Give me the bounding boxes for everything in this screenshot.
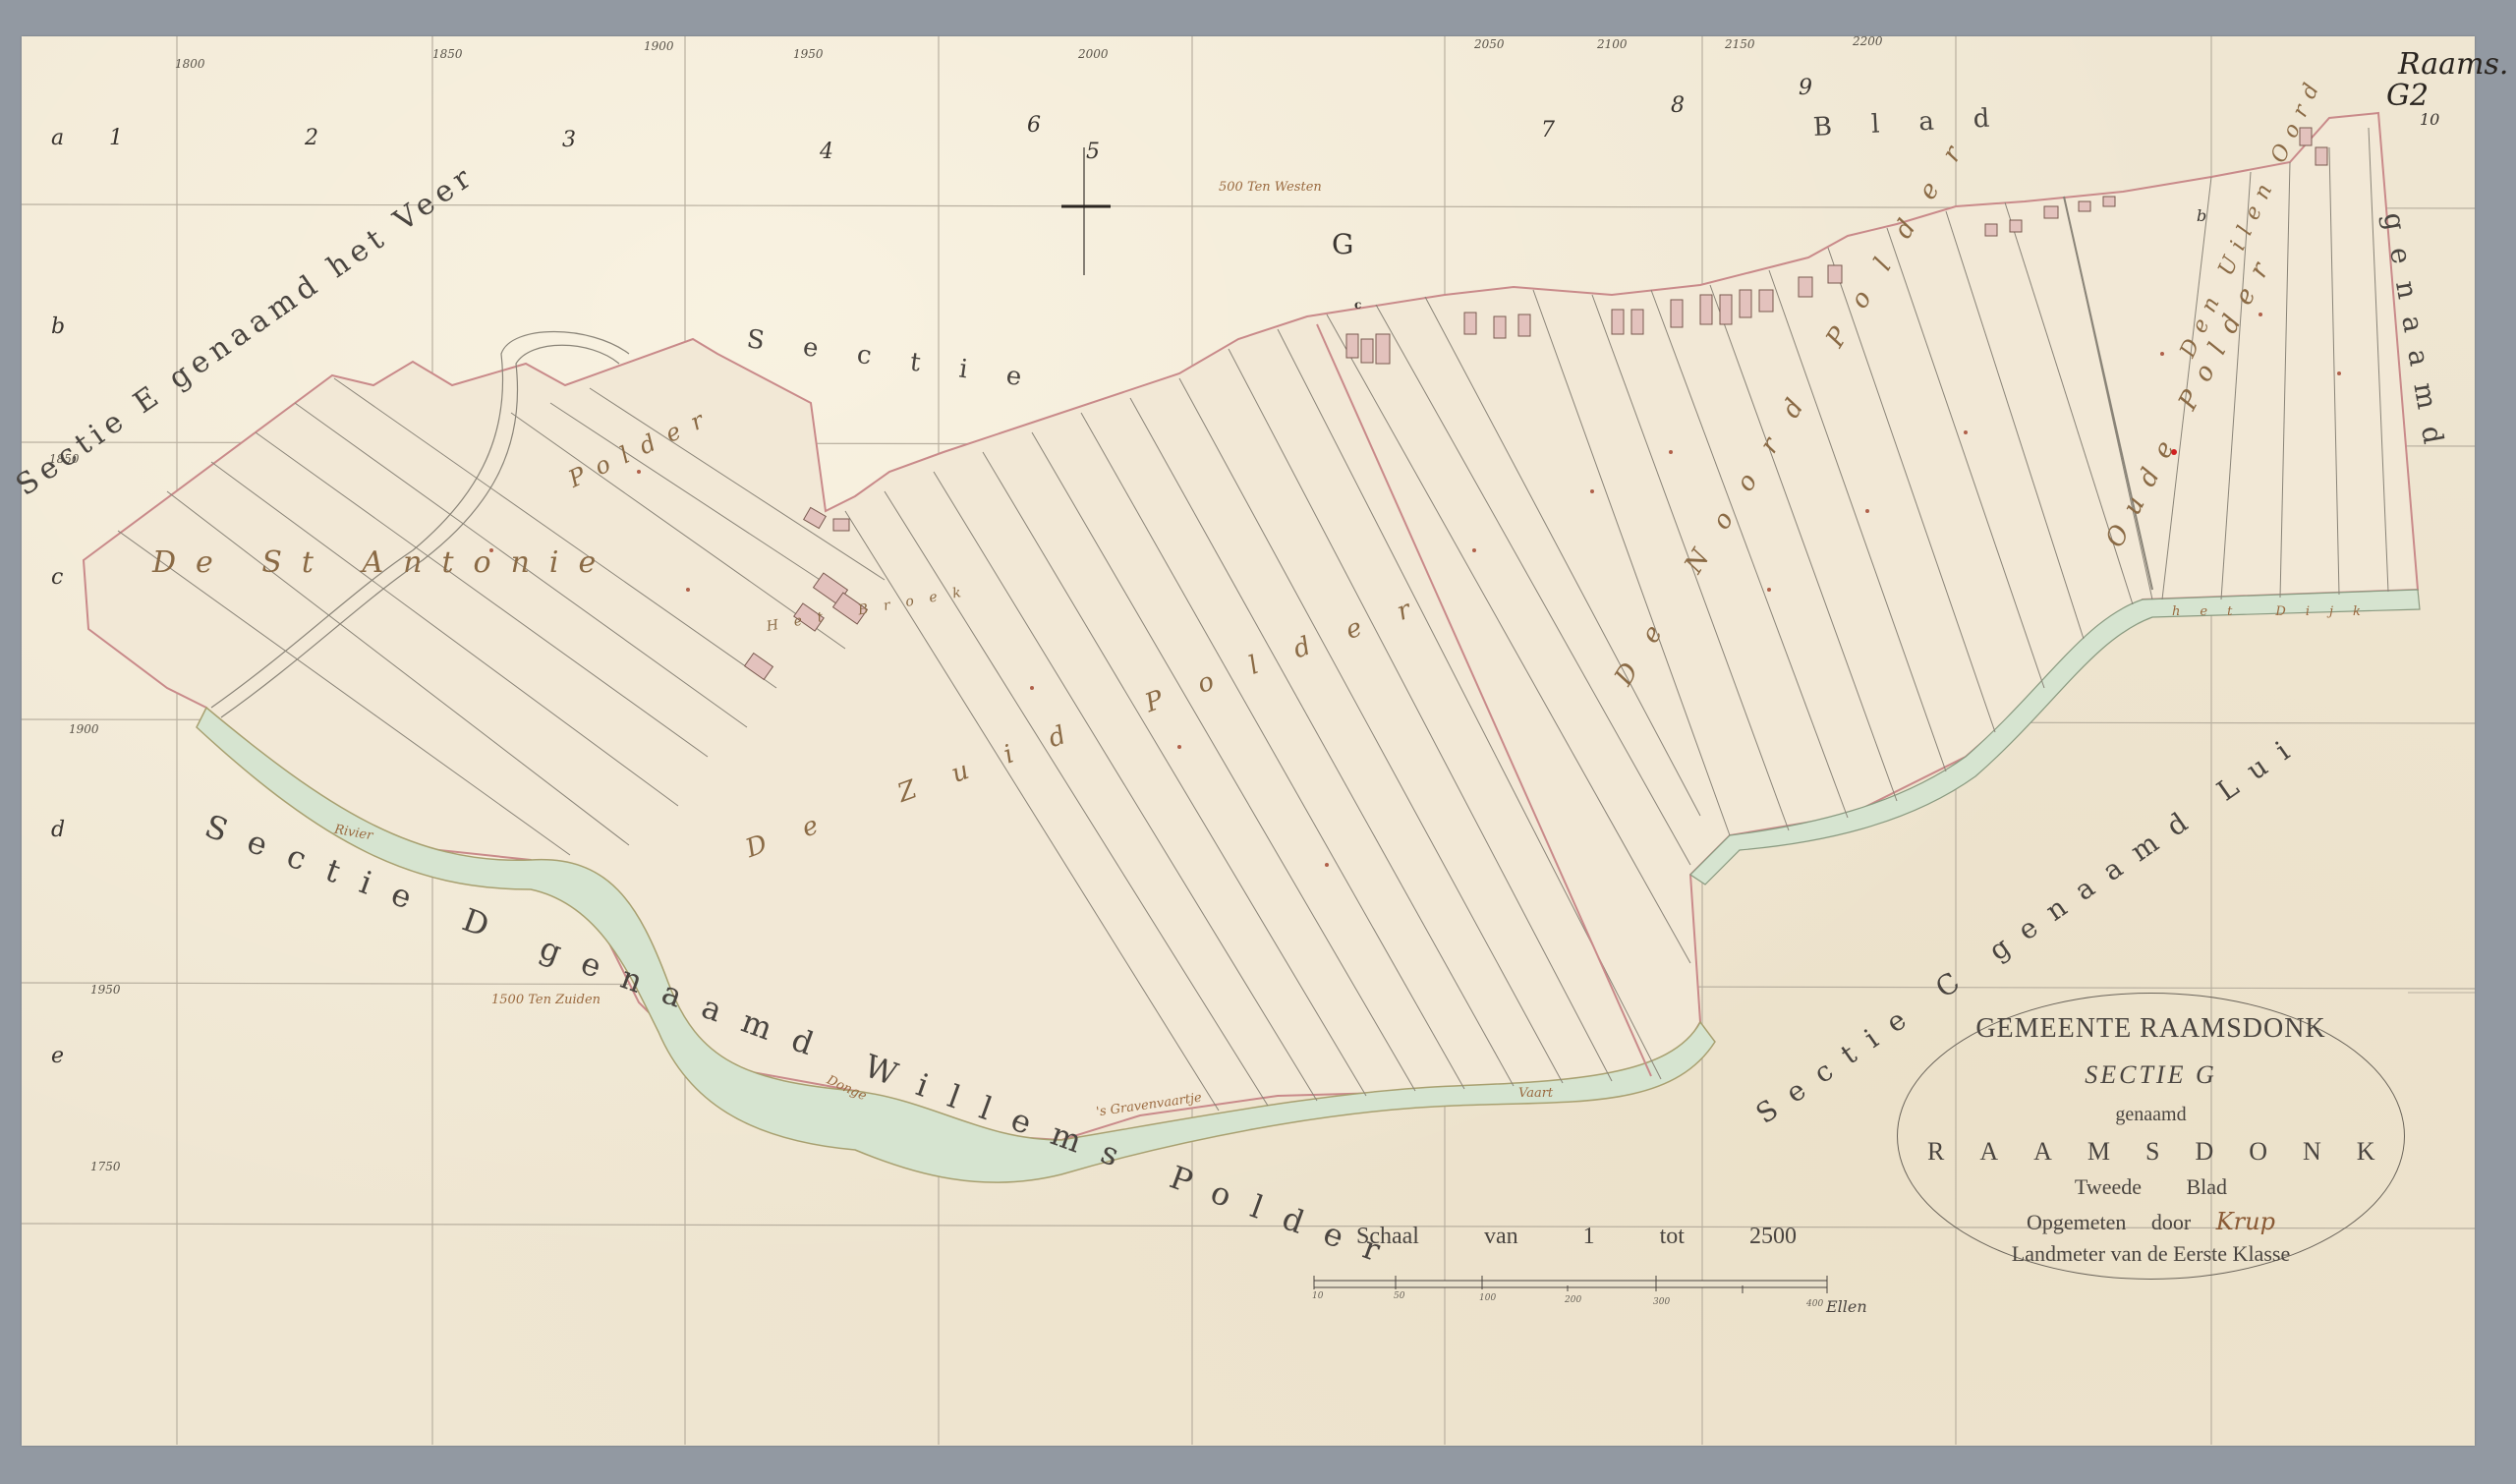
dike-label: het Dijk	[2172, 604, 2380, 619]
coord-top-7: 2100	[1597, 37, 1628, 51]
scale-unit: Ellen	[1826, 1297, 1867, 1316]
grid-row-a: a	[51, 126, 64, 150]
surveyor-prefix: Opgemeten door	[2027, 1210, 2191, 1234]
section-boundary	[84, 113, 2418, 1140]
grid-column-1: 1	[109, 126, 123, 150]
sheet-name: Raams.	[2398, 47, 2508, 82]
coord-top-2: 1850	[432, 47, 463, 61]
title-cartouche: GEMEENTE RAAMSDONK SECTIE G genaamd RAAM…	[1897, 993, 2405, 1280]
coord-top-1: 1800	[175, 57, 205, 71]
field-st-antonie: De St Antonie	[152, 545, 615, 580]
cartouche-title: GEMEENTE RAAMSDONK	[1898, 1013, 2404, 1045]
grid-row-c: c	[51, 565, 63, 590]
surveyor-signature: Krup	[2216, 1208, 2275, 1235]
coord-top-4: 1950	[793, 47, 824, 61]
cartouche-blad: Tweede Blad	[1898, 1174, 2404, 1200]
north-note: 500 Ten Westen	[1219, 180, 1322, 195]
river-label-vaart: Vaart	[1518, 1086, 1553, 1101]
cartouche-surveyor: Opgemeten door Krup	[1898, 1208, 2404, 1235]
coord-top-8: 2150	[1725, 37, 1755, 51]
coord-left-3: 1950	[90, 983, 121, 997]
scale-title: Schaal van 1 tot 2500	[1356, 1224, 1797, 1250]
grid-column-3: 3	[562, 128, 576, 152]
sheet-code: G2	[2386, 79, 2429, 113]
coord-left-4: 1750	[90, 1160, 121, 1173]
scale-bar	[1314, 1276, 1827, 1293]
scale-tick-100: 100	[1479, 1293, 1496, 1303]
cartouche-genaamd: genaamd	[1898, 1104, 2404, 1126]
scale-tick-200: 200	[1565, 1295, 1581, 1305]
grid-column-6: 6	[1027, 113, 1041, 138]
section-letter: G	[1332, 228, 1353, 260]
coord-top-5: 2000	[1078, 47, 1109, 61]
scale-tick-400: 400	[1806, 1299, 1823, 1309]
scale-tick-300: 300	[1653, 1297, 1670, 1307]
grid-column-7: 7	[1541, 118, 1555, 143]
point-b: b	[2197, 206, 2206, 225]
cartouche-sectie: SECTIE G	[1898, 1060, 2404, 1090]
coord-top-3: 1900	[644, 39, 674, 53]
grid-row-d: d	[51, 818, 65, 842]
coord-top-9: 2200	[1853, 34, 1883, 48]
grid-column-2: 2	[305, 126, 318, 150]
grid-column-9: 9	[1799, 76, 1812, 100]
point-c: c	[1354, 298, 1361, 312]
grid-row-e: e	[51, 1044, 64, 1068]
coord-top-6: 2050	[1474, 37, 1505, 51]
grid-column-5: 5	[1086, 140, 1100, 164]
grid-row-b: b	[51, 314, 65, 339]
scale-tick-50: 50	[1394, 1291, 1404, 1301]
coord-left-2: 1900	[69, 722, 99, 736]
grid-column-8: 8	[1671, 93, 1685, 118]
grid-column-4: 4	[820, 140, 833, 164]
cartouche-name: RAAMSDONK	[1898, 1137, 2404, 1167]
south-note: 1500 Ten Zuiden	[491, 993, 600, 1007]
scale-tick-10: 10	[1312, 1291, 1323, 1301]
cartouche-class: Landmeter van de Eerste Klasse	[1898, 1241, 2404, 1267]
